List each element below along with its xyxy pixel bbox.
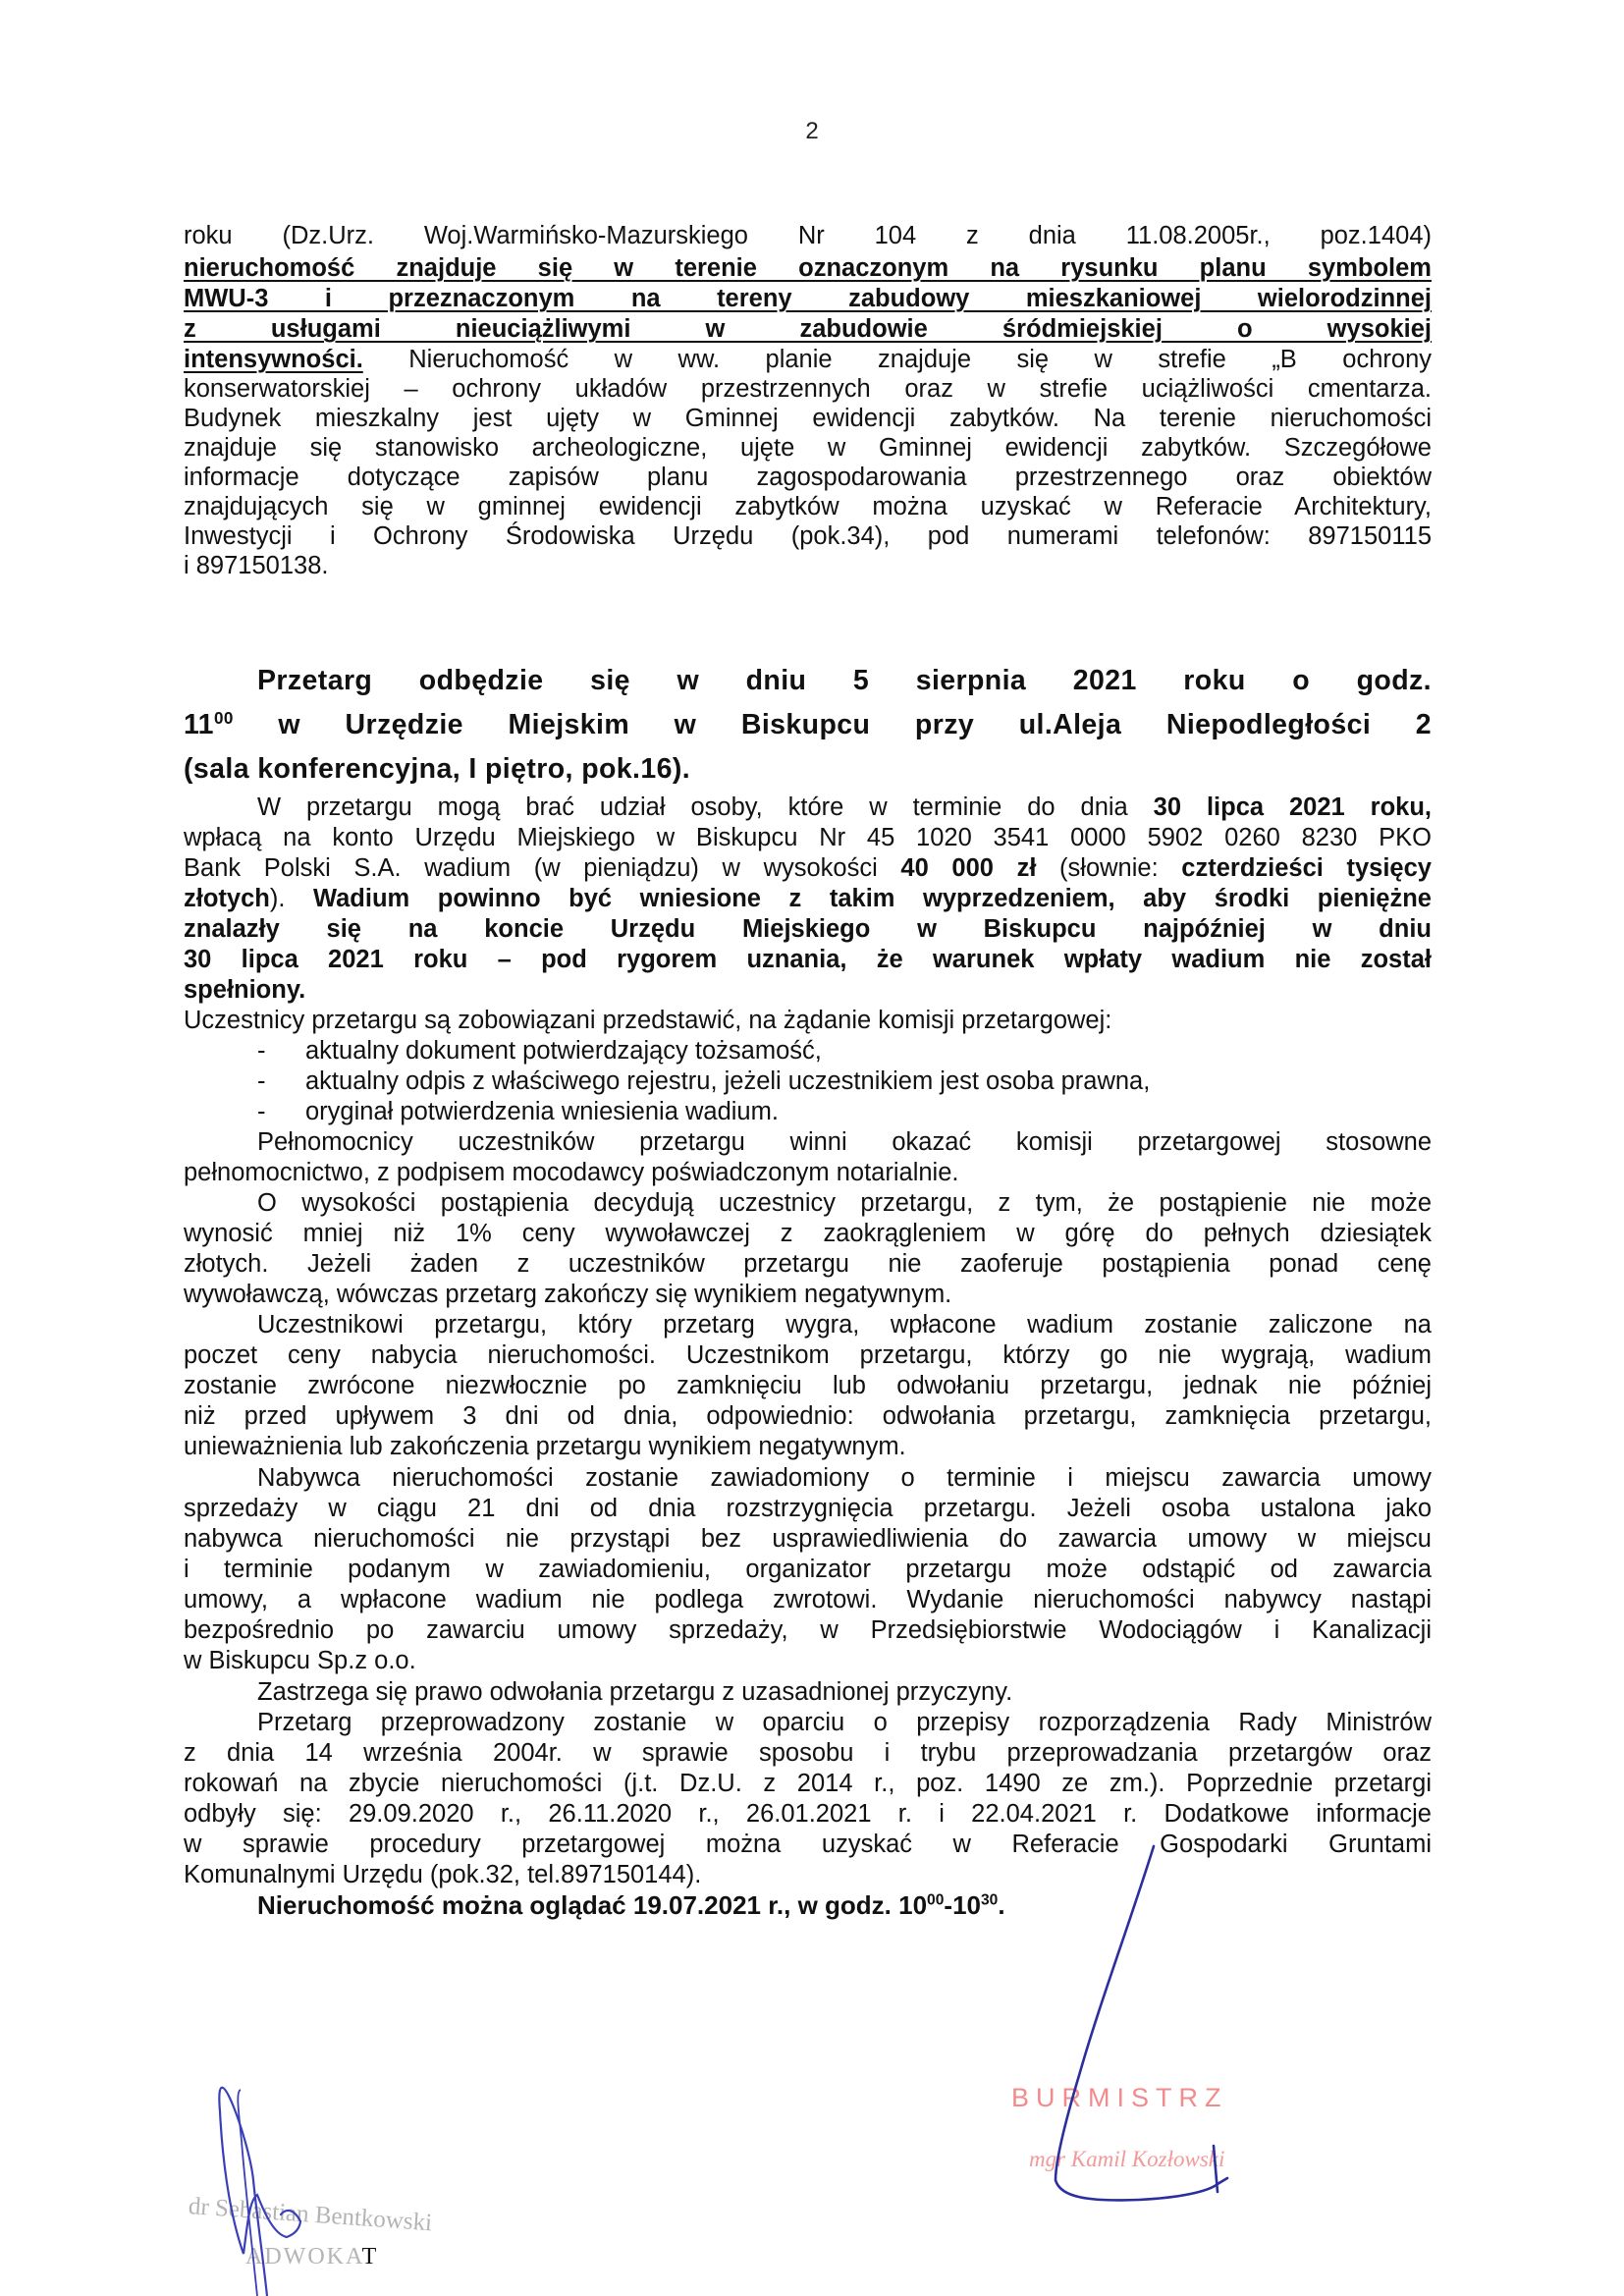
deposit-deadline: 30 lipca 2021 roku,: [1154, 793, 1432, 821]
list-item: aktualny odpis z właściwego rejestru, je…: [305, 1066, 1150, 1096]
text-line: niż przed upływem 3 dni od dnia, odpowie…: [184, 1401, 1432, 1431]
text-fragment: Bank Polski S.A. wadium (w pieniądzu) w …: [184, 854, 900, 882]
auction-minutes: 00: [214, 709, 234, 728]
bullet-dash: -: [257, 1036, 266, 1066]
text-line: znajduje się stanowisko archeologiczne, …: [184, 433, 1432, 463]
text-line: Zastrzega się prawo odwołania przetargu …: [184, 1677, 1432, 1707]
bank-account-line: wpłacą na konto Urzędu Miejskiego w Bisk…: [184, 823, 1432, 852]
viewing-from-minutes: 00: [927, 1892, 944, 1909]
text-line: Inwestycji i Ochrony Środowiska Urzędu (…: [184, 521, 1432, 551]
mayor-stamp-name: mgr Kamil Kozłowski: [1029, 2147, 1224, 2172]
text-fragment: złotych: [184, 885, 270, 912]
list-item: aktualny dokument potwierdzający tożsamo…: [305, 1036, 822, 1066]
text-fragment: W przetargu mogą brać udział osoby, któr…: [257, 793, 1154, 821]
text-line: pełnomocnictwo, z podpisem mocodawcy poś…: [184, 1158, 1432, 1187]
page-number: 2: [0, 118, 1624, 145]
deposit-line: złotych). Wadium powinno być wniesione z…: [184, 884, 1432, 913]
text-line: znajdujących się w gminnej ewidencji zab…: [184, 492, 1432, 521]
viewing-from-hour: 10: [898, 1890, 927, 1920]
deposit-amount: 40 000 zł: [900, 854, 1036, 882]
deposit-amount-line: Bank Polski S.A. wadium (w pieniądzu) w …: [184, 853, 1432, 883]
text-fragment: (słownie:: [1036, 854, 1181, 882]
text-line: i 897150138.: [184, 551, 1432, 580]
text-fragment: Nieruchomość w ww. planie znajduje się w…: [363, 346, 1432, 373]
text-line: intensywności. Nieruchomość w ww. planie…: [184, 345, 1432, 374]
zoning-line-bold-end: intensywności.: [184, 346, 363, 373]
text-fragment: Nieruchomość można oglądać 19.07.2021 r.…: [257, 1890, 898, 1920]
list-item: oryginał potwierdzenia wniesienia wadium…: [305, 1097, 779, 1126]
mayor-stamp-title: BURMISTRZ: [1011, 2083, 1228, 2113]
text-line: wywoławczą, wówczas przetarg zakończy si…: [184, 1280, 1432, 1309]
text-line: z dnia 14 września 2004r. w sprawie spos…: [184, 1738, 1432, 1768]
deposit-line: W przetargu mogą brać udział osoby, któr…: [184, 793, 1432, 822]
text-fragment: .: [998, 1890, 1004, 1920]
text-line: odbyły się: 29.09.2020 r., 26.11.2020 r.…: [184, 1799, 1432, 1829]
auction-hour: 11: [184, 709, 214, 740]
text-line: Pełnomocnicy uczestników przetargu winni…: [184, 1127, 1432, 1157]
text-line: w sprawie procedury przetargowej można u…: [184, 1830, 1432, 1859]
text-line: informacje dotyczące zapisów planu zagos…: [184, 463, 1432, 492]
text-line: Przetarg przeprowadzony zostanie w oparc…: [184, 1708, 1432, 1737]
text-line: w Biskupcu Sp.z o.o.: [184, 1646, 1432, 1675]
bullet-dash: -: [257, 1097, 266, 1126]
viewing-to-hour: 10: [952, 1890, 981, 1920]
text-line: zostanie zwrócone niezwłocznie po zamkni…: [184, 1371, 1432, 1400]
text-line: bezpośrednio po zawarciu umowy sprzedaży…: [184, 1615, 1432, 1645]
text-fragment: ADWOKA: [245, 2244, 362, 2269]
lawyer-stamp-role: ADWOKAT: [245, 2244, 378, 2270]
text-line: umowy, a wpłacone wadium nie podlega zwr…: [184, 1585, 1432, 1614]
text-line: roku (Dz.Urz. Woj.Warmińsko-Mazurskiego …: [184, 221, 1432, 250]
deposit-warning-line: spełniony.: [184, 975, 1432, 1005]
text-line: Budynek mieszkalny jest ujęty w Gminnej …: [184, 404, 1432, 433]
deposit-warning-line: 30 lipca 2021 roku – pod rygorem uznania…: [184, 945, 1432, 974]
text-line: i terminie podanym w zawiadomieniu, orga…: [184, 1555, 1432, 1584]
requirements-intro: Uczestnicy przetargu są zobowiązani prze…: [184, 1006, 1432, 1035]
lawyer-stamp-name: dr Sebastian Bentkowski: [188, 2193, 433, 2237]
text-line: Nabywca nieruchomości zostanie zawiadomi…: [184, 1463, 1432, 1493]
text-line: złotych. Jeżeli żaden z uczestników prze…: [184, 1249, 1432, 1279]
auction-room-line: (sala konferencyjna, I piętro, pok.16).: [184, 749, 1432, 789]
text-line: konserwatorskiej – ochrony układów przes…: [184, 374, 1432, 404]
auction-date-line: Przetarg odbędzie się w dniu 5 sierpnia …: [184, 661, 1432, 700]
zoning-line-bold: z usługami nieuciążliwymi w zabudowie śr…: [184, 314, 1432, 344]
deposit-warning: Wadium powinno być wniesione z takim wyp…: [313, 885, 1432, 912]
text-line: O wysokości postąpienia decydują uczestn…: [184, 1188, 1432, 1218]
auction-place-line: 1100 w Urzędzie Miejskim w Biskupcu przy…: [184, 705, 1432, 744]
text-line: unieważnienia lub zakończenia przetargu …: [184, 1432, 1432, 1461]
zoning-line-bold: MWU-3 i przeznaczonym na tereny zabudowy…: [184, 284, 1432, 313]
text-fragment: ).: [270, 885, 313, 912]
bullet-dash: -: [257, 1066, 266, 1096]
text-line: poczet ceny nabycia nieruchomości. Uczes…: [184, 1340, 1432, 1370]
text-line: wynosić mniej niż 1% ceny wywoławczej z …: [184, 1219, 1432, 1248]
text-line: rokowań na zbycie nieruchomości (j.t. Dz…: [184, 1769, 1432, 1798]
deposit-amount-words: czterdzieści tysięcy: [1181, 854, 1432, 882]
text-fragment: T: [362, 2244, 379, 2269]
text-line: nabywca nieruchomości nie przystąpi bez …: [184, 1524, 1432, 1554]
text-line: Komunalnymi Urzędu (pok.32, tel.89715014…: [184, 1860, 1432, 1889]
viewing-to-minutes: 30: [981, 1892, 998, 1909]
zoning-line-bold: nieruchomość znajduje się w terenie ozna…: [184, 253, 1432, 283]
deposit-warning-line: znalazły się na koncie Urzędu Miejskiego…: [184, 914, 1432, 944]
auction-place: w Urzędzie Miejskim w Biskupcu przy ul.A…: [234, 709, 1432, 740]
text-line: Uczestnikowi przetargu, który przetarg w…: [184, 1310, 1432, 1339]
text-line: sprzedaży w ciągu 21 dni od dnia rozstrz…: [184, 1494, 1432, 1523]
text-fragment: -: [944, 1890, 952, 1920]
viewing-info: Nieruchomość można oglądać 19.07.2021 r.…: [184, 1890, 1432, 1920]
